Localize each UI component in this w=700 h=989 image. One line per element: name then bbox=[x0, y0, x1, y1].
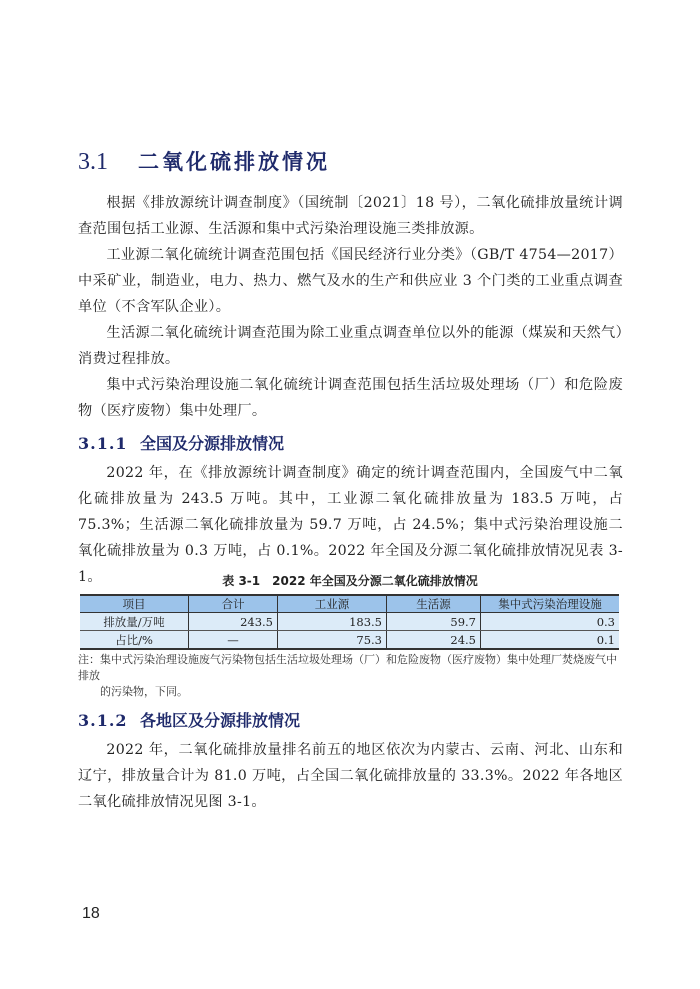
section-heading: 3.1 二氧化硫排放情况 bbox=[78, 146, 330, 176]
subsection-title: 各地区及分源排放情况 bbox=[140, 708, 300, 731]
section-number: 3.1 bbox=[78, 149, 138, 176]
intro-paragraph-1: 根据《排放源统计调查制度》（国统制〔2021〕18 号），二氧化硫排放量统计调查… bbox=[78, 190, 623, 242]
table-row: 排放量/万吨 243.5 183.5 59.7 0.3 bbox=[80, 613, 619, 631]
table-caption: 表 3-1 2022 年全国及分源二氧化硫排放情况 bbox=[0, 572, 700, 589]
table-cell: 24.5 bbox=[387, 631, 481, 650]
table-header: 合计 bbox=[189, 595, 278, 613]
table-cell: 59.7 bbox=[387, 613, 481, 631]
section-title: 二氧化硫排放情况 bbox=[138, 146, 330, 176]
note-line-2: 的污染物，下同。 bbox=[78, 684, 623, 700]
table-header-row: 项目 合计 工业源 生活源 集中式污染治理设施 bbox=[80, 595, 619, 613]
table-header: 工业源 bbox=[278, 595, 387, 613]
table-cell: 183.5 bbox=[278, 613, 387, 631]
table-header: 生活源 bbox=[387, 595, 481, 613]
note-label: 注： bbox=[78, 653, 100, 666]
table-row: 占比/% — 75.3 24.5 0.1 bbox=[80, 631, 619, 650]
subsection-heading-1: 3.1.1 全国及分源排放情况 bbox=[78, 431, 284, 454]
table-cell: 0.3 bbox=[481, 613, 620, 631]
subsection-title: 全国及分源排放情况 bbox=[140, 431, 284, 454]
intro-paragraph-3: 生活源二氧化硫统计调查范围为除工业重点调查单位以外的能源（煤炭和天然气）消费过程… bbox=[78, 320, 623, 372]
table-cell: 0.1 bbox=[481, 631, 620, 650]
intro-paragraph-2: 工业源二氧化硫统计调查范围包括《国民经济行业分类》（GB/T 4754—2017… bbox=[78, 242, 623, 320]
subsection-number: 3.1.2 bbox=[78, 711, 140, 730]
table-header: 集中式污染治理设施 bbox=[481, 595, 620, 613]
table-note: 注：集中式污染治理设施废气污染物包括生活垃圾处理场（厂）和危险废物（医疗废物）集… bbox=[78, 652, 623, 700]
subsection-2-paragraph: 2022 年，二氧化硫排放量排名前五的地区依次为内蒙古、云南、河北、山东和辽宁，… bbox=[78, 737, 623, 815]
table-cell: 占比/% bbox=[80, 631, 189, 650]
intro-paragraph-4: 集中式污染治理设施二氧化硫统计调查范围包括生活垃圾处理场（厂）和危险废物（医疗废… bbox=[78, 372, 623, 424]
page-number: 18 bbox=[82, 905, 100, 923]
table-cell: — bbox=[189, 631, 278, 650]
subsection-1-paragraph: 2022 年，在《排放源统计调查制度》确定的统计调查范围内，全国废气中二氧化硫排… bbox=[78, 460, 623, 590]
subsection-number: 3.1.1 bbox=[78, 434, 140, 453]
emissions-table: 项目 合计 工业源 生活源 集中式污染治理设施 排放量/万吨 243.5 183… bbox=[80, 594, 619, 650]
table-header: 项目 bbox=[80, 595, 189, 613]
note-line-1: 集中式污染治理设施废气污染物包括生活垃圾处理场（厂）和危险废物（医疗废物）集中处… bbox=[78, 653, 617, 682]
table-cell: 排放量/万吨 bbox=[80, 613, 189, 631]
subsection-heading-2: 3.1.2 各地区及分源排放情况 bbox=[78, 708, 300, 731]
table-cell: 243.5 bbox=[189, 613, 278, 631]
table-cell: 75.3 bbox=[278, 631, 387, 650]
